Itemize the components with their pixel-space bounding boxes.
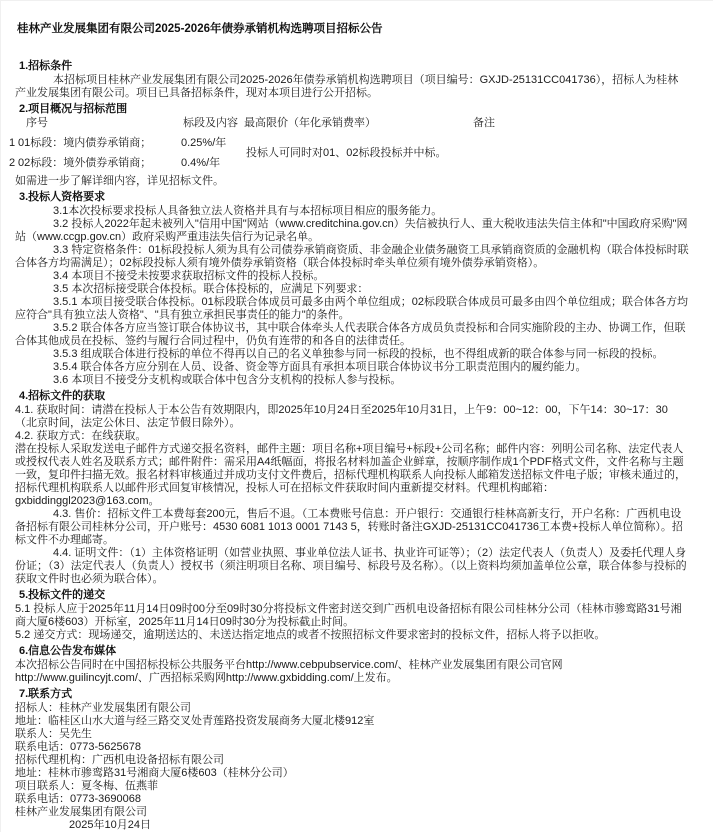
table-row-2-seq: 2 [9,157,15,170]
section-4-paragraph: 潜在投标人采取发送电子邮件方式递交报名资料，邮件主题：项目名称+项目编号+标段+… [15,443,689,508]
section-7-heading: 7.联系方式 [19,688,689,701]
table-row-1-content: 01标段：境内债券承销商； [18,137,151,150]
section-4-heading: 4.招标文件的获取 [19,390,689,403]
clause-4-2: 4.2. 获取方式：在线获取。 [15,430,689,443]
contact-project-persons: 项目联系人：夏冬梅、伍燕菲 [15,780,689,793]
table-row-2-price: 0.4%/年 [181,157,220,170]
clause-4-4: 4.4. 证明文件：（1）主体资格证明（如营业执照、事业单位法人证书、执业许可证… [15,547,689,586]
table-header-seq: 序号 [26,117,48,130]
contact-address-2: 地址：桂林市骖鸾路31号湘商大厦6楼603（桂林分公司） [15,767,689,780]
clause-3-5: 3.5 本次招标接受联合体投标。联合体投标的，应满足下列要求： [15,283,689,296]
section-6-heading: 6.信息公告发布媒体 [19,645,689,658]
clause-3-6: 3.6 本项目不接受分支机构或联合体中包含分支机构的投标人参与投标。 [15,374,689,387]
section-3-heading: 3.投标人资格要求 [19,191,689,204]
clause-3-5-1: 3.5.1 本项目接受联合体投标。01标段联合体成员可最多由两个单位组成；02标… [15,296,689,322]
tender-announcement-page: 桂林产业发展集团有限公司2025-2026年债券承销机构选聘项目招标公告 1.招… [0,0,713,832]
section-1-paragraph: 本招标项目桂林产业发展集团有限公司2025-2026年债券承销机构选聘项目（项目… [15,74,689,100]
table-header-content: 标段及内容 [183,117,238,130]
contact-phone-1: 联系电话：0773-5625678 [15,741,689,754]
clause-4-3: 4.3. 售价：招标文件工本费每套200元，售后不退。（工本费账号信息：开户银行… [15,508,689,547]
section-6-paragraph: 本次招标公告同时在中国招标投标公共服务平台http://www.cebpubse… [15,659,689,685]
table-row-2-content: 02标段：境外债券承销商； [18,157,151,170]
clause-3-4: 3.4 本项目不接受未按要求获取招标文件的投标人投标。 [15,270,689,283]
contact-phone-2: 联系电话：0773-3690068 [15,793,689,806]
table-header-remark: 备注 [473,117,495,130]
clause-3-5-4: 3.5.4 联合体各方应分别在人员、设备、资金等方面具有承担本项目联合体协议书分… [15,361,689,374]
section-2-heading: 2.项目概况与招标范围 [19,103,689,116]
clause-5-1: 5.1 投标人应于2025年11月14日09时00分至09时30分将投标文件密封… [15,603,689,629]
section-1-heading: 1.招标条件 [19,60,689,73]
section-5-heading: 5.投标文件的递交 [19,589,689,602]
contact-tenderee: 招标人：桂林产业发展集团有限公司 [15,702,689,715]
signature-date: 2025年10月24日 [69,819,689,832]
clause-4-1: 4.1. 获取时间：请潜在投标人于本公告有效期限内，即2025年10月24日至2… [15,404,689,430]
section-2-note: 如需进一步了解详细内容，详见招标文件。 [15,175,689,188]
clause-3-3: 3.3 特定资格条件：01标段投标人须为具有公司债券承销商资质、非金融企业债务融… [15,244,689,270]
contact-agency: 招标代理机构：广西机电设备招标有限公司 [15,754,689,767]
signature-company: 桂林产业发展集团有限公司 [15,806,689,819]
table-row-1-price: 0.25%/年 [181,137,226,150]
clause-3-5-3: 3.5.3 组成联合体进行投标的单位不得再以自己的名义单独参与同一标段的投标，也… [15,348,689,361]
page-title: 桂林产业发展集团有限公司2025-2026年债券承销机构选聘项目招标公告 [17,22,689,36]
table-remark: 投标人可同时对01、02标段投标并中标。 [246,147,446,160]
contact-person-1: 联系人：吴先生 [15,728,689,741]
contact-address-1: 地址：临桂区山水大道与经三路交叉处青莲路投资发展商务大厦北楼912室 [15,715,689,728]
clause-5-2: 5.2 递交方式：现场递交，逾期送达的、未送达指定地点的或者不按照招标文件要求密… [15,629,689,642]
table-row-1-seq: 1 [9,137,15,150]
clause-3-2: 3.2 投标人2022年起未被列入"信用中国"网站（www.creditchin… [15,218,689,244]
clause-3-5-2: 3.5.2 联合体各方应当签订联合体协议书，其中联合体牵头人代表联合体各方成员负… [15,322,689,348]
bid-sections-table: 序号 标段及内容 最高限价（年化承销费率） 备注 1 01标段：境内债券承销商；… [9,117,689,175]
clause-3-1: 3.1本次投标要求投标人具备独立法人资格并具有与本招标项目相应的服务能力。 [15,205,689,218]
table-header-price: 最高限价（年化承销费率） [244,117,376,130]
